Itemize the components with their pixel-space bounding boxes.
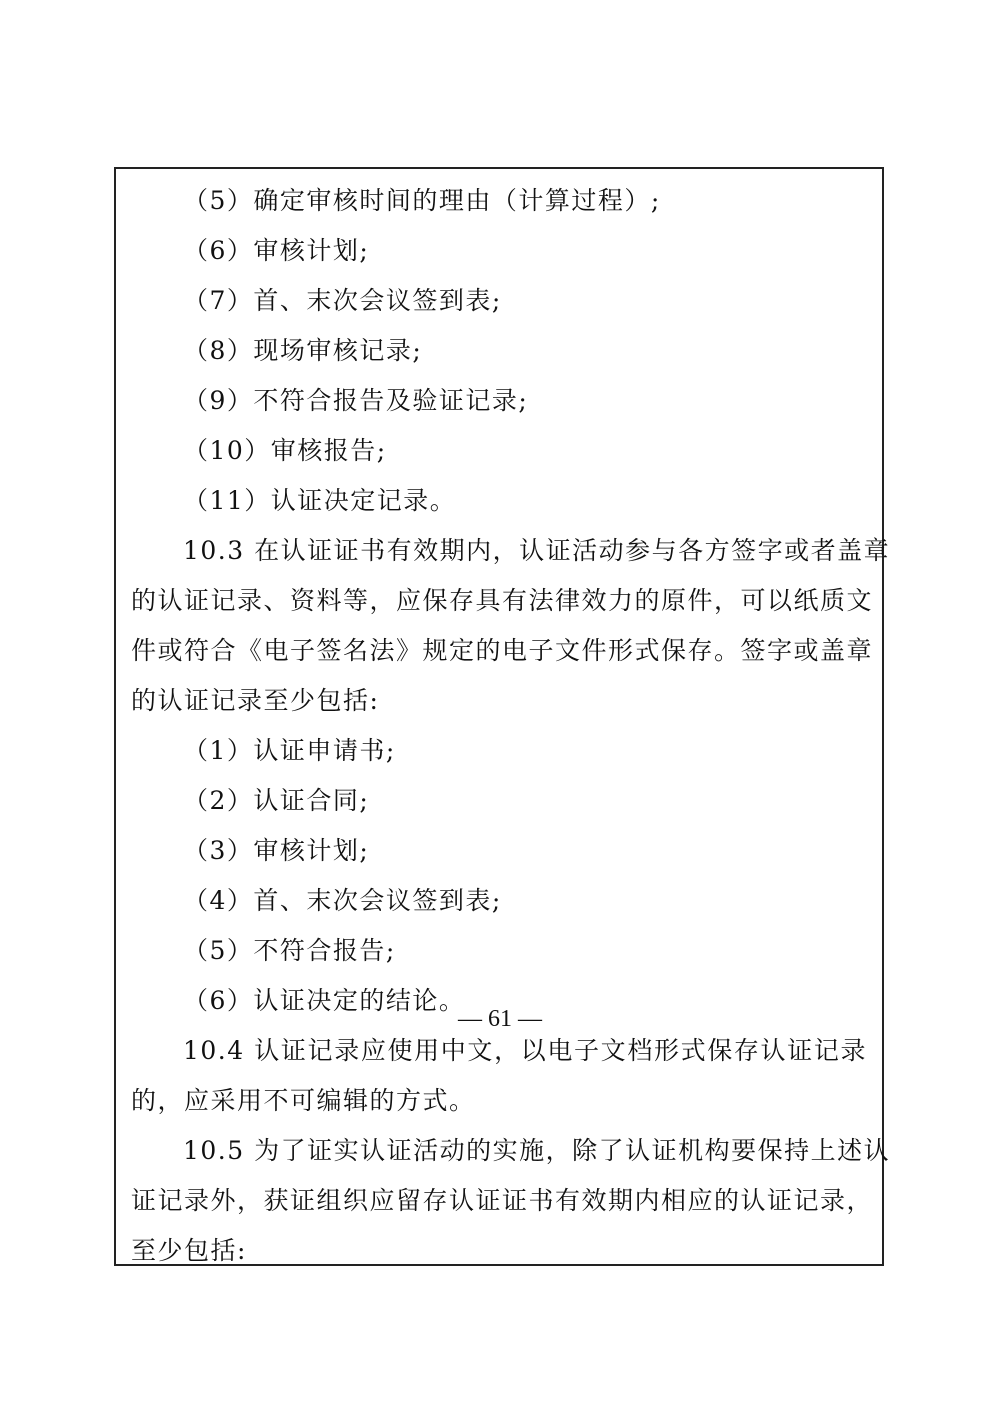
list-item: （6）审核计划; [116,236,949,266]
list-item: （5）确定审核时间的理由（计算过程）; [116,186,949,216]
paragraph-10-3-line: 件或符合《电子签名法》规定的电子文件形式保存。签字或盖章 [116,636,882,666]
list-item: （3）审核计划; [116,836,949,866]
list-item: （1）认证申请书; [116,736,949,766]
page-number: — 61 — [0,1006,1000,1033]
list-item: （2）认证合同; [116,786,949,816]
list-item: （5）不符合报告; [116,936,949,966]
list-item: （4）首、末次会议签到表; [116,886,949,916]
list-item: （8）现场审核记录; [116,336,949,366]
list-item: （11）认证决定记录。 [116,486,949,516]
paragraph-10-3-line: 的认证记录、资料等，应保存具有法律效力的原件，可以纸质文 [116,586,882,616]
paragraph-10-3-line: 10.3 在认证证书有效期内，认证活动参与各方签字或者盖章 [116,536,882,566]
list-item: （10）审核报告; [116,436,949,466]
paragraph-10-5-line: 至少包括: [116,1236,897,1266]
list-item: （7）首、末次会议签到表; [116,286,949,316]
paragraph-10-3-line: 的认证记录至少包括: [116,686,897,716]
paragraph-10-4-line: 的，应采用不可编辑的方式。 [116,1086,897,1116]
list-item: （9）不符合报告及验证记录; [116,386,949,416]
paragraph-10-4-line: 10.4 认证记录应使用中文，以电子文档形式保存认证记录 [116,1036,882,1066]
content-box: （5）确定审核时间的理由（计算过程）; （6）审核计划; （7）首、末次会议签到… [114,167,884,1266]
paragraph-10-5-line: 证记录外，获证组织应留存认证证书有效期内相应的认证记录， [116,1186,882,1216]
paragraph-10-5-line: 10.5 为了证实认证活动的实施，除了认证机构要保持上述认 [116,1136,882,1166]
